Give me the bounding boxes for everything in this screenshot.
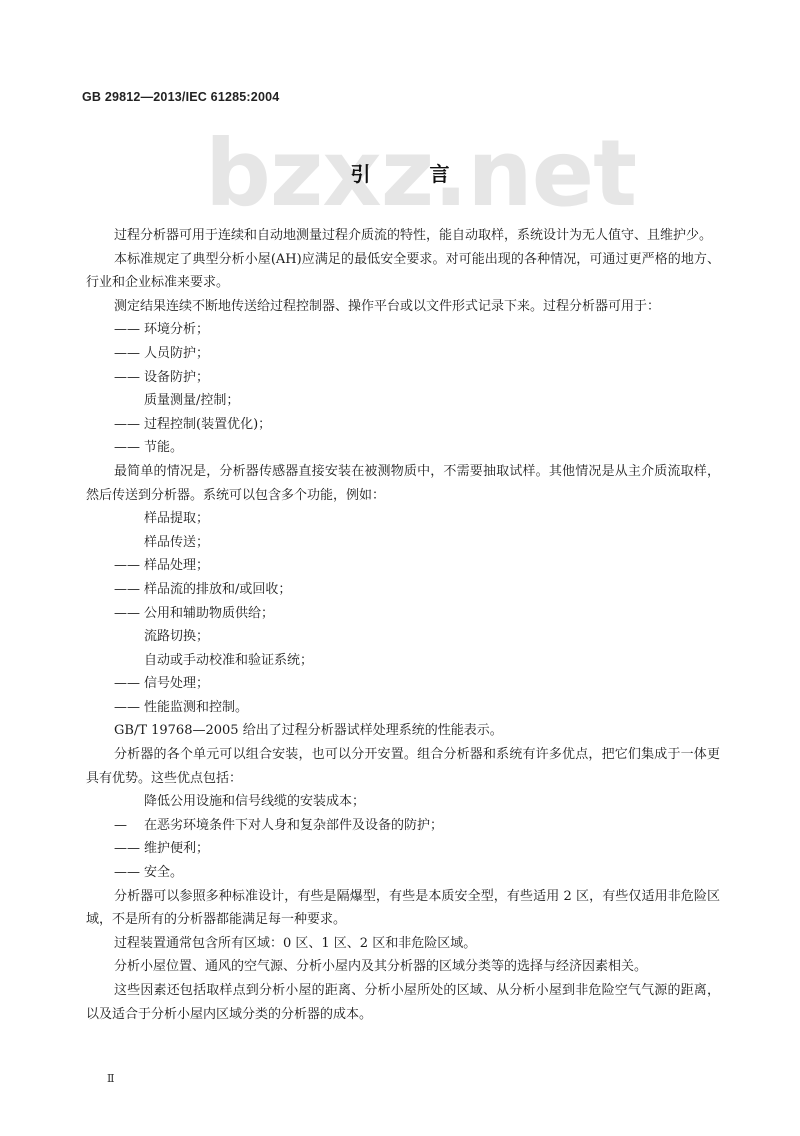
list-item: ——环境分析；: [86, 318, 720, 342]
list-dash: ——: [114, 696, 144, 720]
paragraph: 过程分析器可用于连续和自动地测量过程介质流的特性，能自动取样，系统设计为无人值守…: [86, 224, 720, 248]
list-item: 自动或手动校准和验证系统；: [86, 649, 720, 673]
page-number: Ⅱ: [107, 1072, 114, 1085]
list-item-text: 性能监测和控制。: [144, 700, 248, 715]
document-body: 过程分析器可用于连续和自动地测量过程介质流的特性，能自动取样，系统设计为无人值守…: [86, 224, 720, 1026]
list-item: ——样品流的排放和/或回收；: [86, 578, 720, 602]
list-item-text: 过程控制(装置优化)；: [144, 417, 271, 432]
list-item: ——节能。: [86, 436, 720, 460]
paragraph: 分析器可以参照多种标准设计，有些是隔爆型，有些是本质安全型，有些适用 2 区，有…: [86, 885, 720, 932]
paragraph: GB/T 19768—2005 给出了过程分析器试样处理系统的性能表示。: [86, 719, 720, 743]
list-item-text: 自动或手动校准和验证系统；: [144, 653, 313, 668]
list-item: ——安全。: [86, 861, 720, 885]
list-item-text: 质量测量/控制；: [144, 393, 239, 408]
list-item: ——过程控制(装置优化)；: [86, 413, 720, 437]
list-dash: ——: [114, 342, 144, 366]
list-item-text: 公用和辅助物质供给；: [144, 606, 274, 621]
list-dash: ——: [114, 413, 144, 437]
paragraph: 分析小屋位置、通风的空气源、分析小屋内及其分析器的区域分类等的选择与经济因素相关…: [86, 955, 720, 979]
list-item-text: 节能。: [144, 440, 183, 455]
list-item-text: 样品提取；: [144, 511, 209, 526]
paragraph: 最简单的情况是，分析器传感器直接安装在被测物质中，不需要抽取试样。其他情况是从主…: [86, 460, 720, 507]
list-item-text: 样品处理；: [144, 558, 209, 573]
list-item-text: 降低公用设施和信号线缆的安装成本；: [144, 794, 365, 809]
list-item: ——人员防护；: [86, 342, 720, 366]
list-item: 质量测量/控制；: [86, 389, 720, 413]
list-item: 降低公用设施和信号线缆的安装成本；: [86, 790, 720, 814]
list-item: ——信号处理；: [86, 672, 720, 696]
list-item: ——样品处理；: [86, 554, 720, 578]
list-item: —在恶劣环境条件下对人身和复杂部件及设备的防护；: [86, 814, 720, 838]
paragraph: 本标准规定了典型分析小屋(AH)应满足的最低安全要求。对可能出现的各种情况，可通…: [86, 248, 720, 295]
list-dash: ——: [114, 672, 144, 696]
list-dash: ——: [114, 861, 144, 885]
list-dash: ——: [114, 554, 144, 578]
paragraph: 过程装置通常包含所有区域：0 区、1 区、2 区和非危险区域。: [86, 932, 720, 956]
list-item: 样品传送；: [86, 531, 720, 555]
list-item-text: 样品传送；: [144, 535, 209, 550]
list-item: 流路切换；: [86, 625, 720, 649]
list-item-text: 环境分析；: [144, 322, 209, 337]
list-item-text: 在恶劣环境条件下对人身和复杂部件及设备的防护；: [144, 818, 443, 833]
list-item: 样品提取；: [86, 507, 720, 531]
list-item: ——公用和辅助物质供给；: [86, 602, 720, 626]
list-item-text: 人员防护；: [144, 346, 209, 361]
list-item-text: 设备防护；: [144, 370, 209, 385]
paragraph: 分析器的各个单元可以组合安装，也可以分开安置。组合分析器和系统有许多优点，把它们…: [86, 743, 720, 790]
list-item: ——设备防护；: [86, 366, 720, 390]
list-item: ——性能监测和控制。: [86, 696, 720, 720]
list-dash: ——: [114, 578, 144, 602]
list-item-text: 样品流的排放和/或回收；: [144, 582, 291, 597]
list-item-text: 信号处理；: [144, 676, 209, 691]
list-dash: ——: [114, 837, 144, 861]
list-dash: ——: [114, 436, 144, 460]
list-dash: ——: [114, 602, 144, 626]
paragraph: 测定结果连续不断地传送给过程控制器、操作平台或以文件形式记录下来。过程分析器可用…: [86, 295, 720, 319]
list-item: ——维护便利；: [86, 837, 720, 861]
list-dash: ——: [114, 366, 144, 390]
list-item-text: 流路切换；: [144, 629, 209, 644]
paragraph: 这些因素还包括取样点到分析小屋的距离、分析小屋所处的区域、从分析小屋到非危险空气…: [86, 979, 720, 1026]
standard-code-header: GB 29812—2013/IEC 61285:2004: [82, 90, 279, 104]
page-title: 引 言: [0, 158, 800, 187]
list-dash: ——: [114, 318, 144, 342]
list-item-text: 安全。: [144, 865, 183, 880]
list-item-text: 维护便利；: [144, 841, 209, 856]
list-dash: —: [114, 814, 144, 838]
